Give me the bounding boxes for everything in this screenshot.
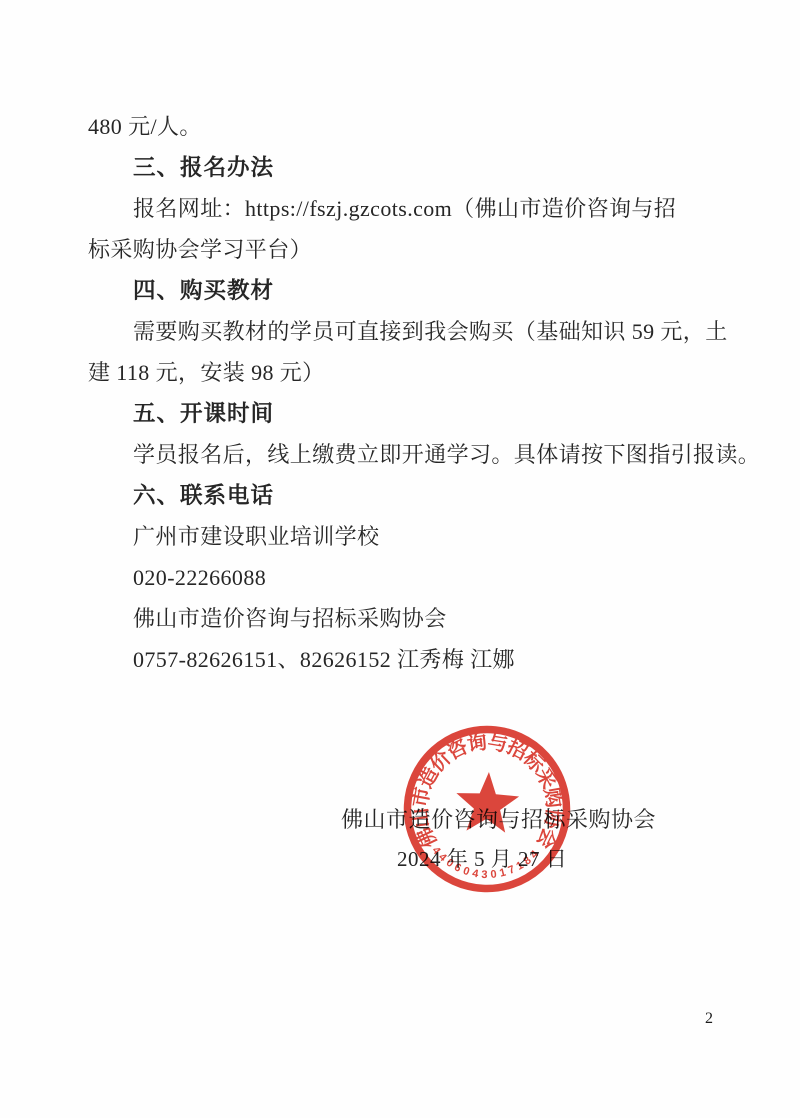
doc-line: 学员报名后，线上缴费立即开通学习。具体请按下图指引报读。 (88, 434, 716, 475)
doc-line: 480 元/人。 (88, 106, 716, 147)
contact-school-name: 广州市建设职业培训学校 (88, 516, 716, 557)
section-heading-6: 六、联系电话 (88, 475, 716, 516)
official-seal-stamp: 佛山市造价咨询与招标采购协会 4406043017184 (395, 717, 580, 902)
section-heading-3: 三、报名办法 (88, 147, 716, 188)
doc-line: 建 118 元，安装 98 元） (88, 352, 716, 393)
seal-star-icon (454, 770, 520, 833)
contact-phone-association: 0757-82626151、82626152 江秀梅 江娜 (88, 639, 716, 680)
section-heading-4: 四、购买教材 (88, 270, 716, 311)
contact-association-name: 佛山市造价咨询与招标采购协会 (88, 598, 716, 639)
page-number: 2 (705, 1010, 713, 1028)
doc-line: 需要购买教材的学员可直接到我会购买（基础知识 59 元，土 (88, 311, 716, 352)
document-body: 480 元/人。 三、报名办法 报名网址：https://fszj.gzcots… (88, 106, 716, 680)
doc-line: 标采购协会学习平台） (88, 229, 716, 270)
section-heading-5: 五、开课时间 (88, 393, 716, 434)
contact-phone-school: 020-22266088 (88, 557, 716, 598)
document-page: 480 元/人。 三、报名办法 报名网址：https://fszj.gzcots… (0, 0, 800, 1118)
doc-line: 报名网址：https://fszj.gzcots.com（佛山市造价咨询与招 (88, 188, 716, 229)
